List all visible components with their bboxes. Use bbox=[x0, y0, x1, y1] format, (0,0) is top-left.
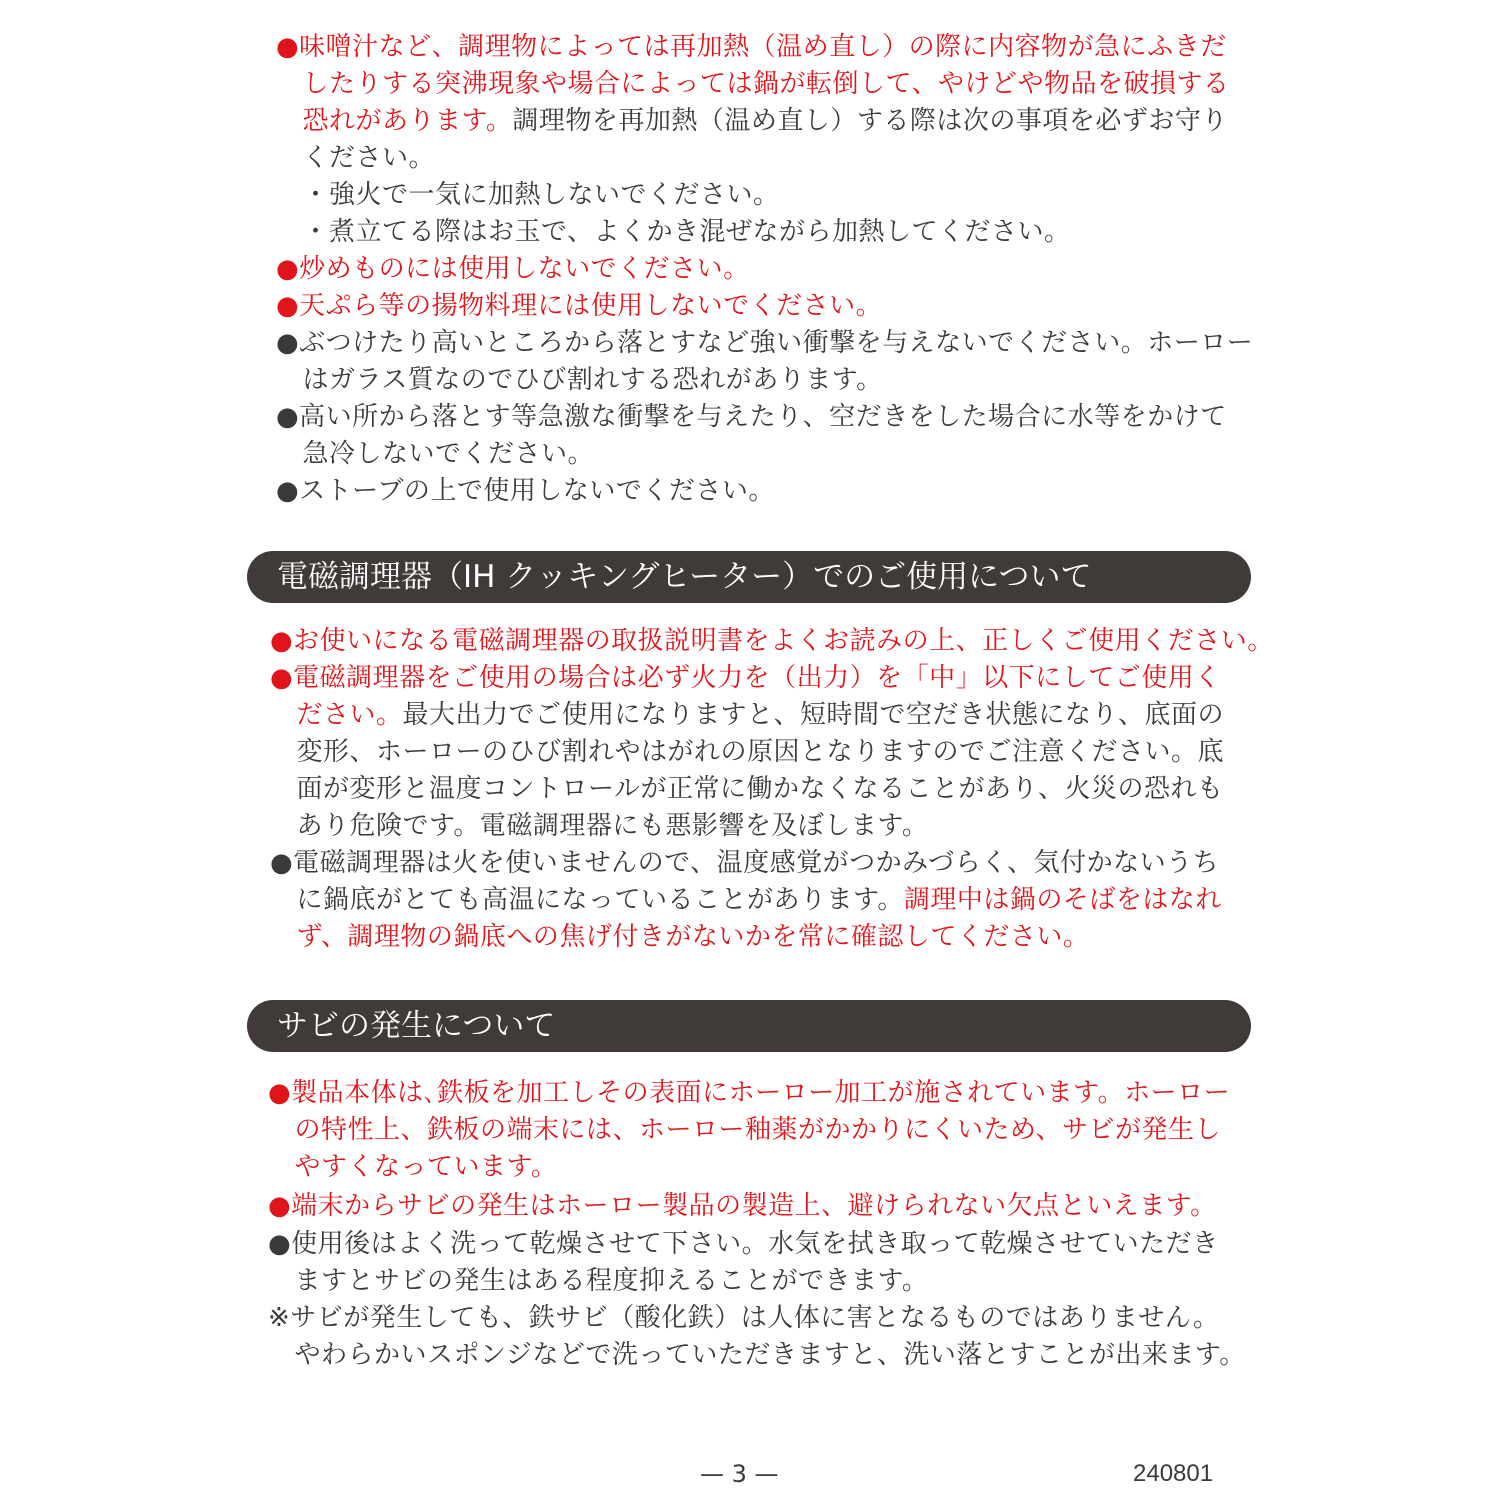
caution-text: やわらかいスポンジなどで洗っていただきますと、洗い落とすことが出来ます。 bbox=[268, 1340, 1246, 1370]
caution-line: 面が変形と温度コントロールが正常に働かなくなることがあり、火災の恐れも bbox=[270, 771, 1223, 808]
caution-text: ず、調理物の鍋底への焦げ付きがないかを常に確認してください。 bbox=[270, 922, 1089, 952]
section-heading-rust: サビの発生について bbox=[247, 1000, 1251, 1052]
caution-line: やすくなっています。 bbox=[268, 1149, 557, 1186]
caution-line: 急冷しないでください。 bbox=[276, 436, 594, 473]
caution-line: ●製品本体は､鉄板を加工しその表面にホーロー加工が施されています。ホーロー bbox=[268, 1075, 1230, 1112]
caution-line: ず、調理物の鍋底への焦げ付きがないかを常に確認してください。 bbox=[270, 919, 1089, 956]
caution-text: ●電磁調理器は火を使いませんので、温度感覚がつかみづらく、気付かないうち bbox=[270, 848, 1219, 878]
caution-text: ださい。 bbox=[270, 700, 403, 730]
caution-text: ●製品本体は､鉄板を加工しその表面にホーロー加工が施されています。ホーロー bbox=[268, 1078, 1230, 1108]
caution-line: ●天ぷら等の揚物料理には使用しないでください。 bbox=[276, 288, 882, 325]
caution-line: ●炒めものには使用しないでください。 bbox=[276, 251, 750, 288]
caution-text: ※サビが発生しても、鉄サビ（酸化鉄）は人体に害となるものではありません。 bbox=[268, 1303, 1219, 1333]
caution-line: ください。 bbox=[276, 140, 435, 177]
caution-line: あり危険です。電磁調理器にも悪影響を及ぼします。 bbox=[270, 808, 928, 845]
caution-text: ●天ぷら等の揚物料理には使用しないでください。 bbox=[276, 291, 882, 321]
caution-text: あり危険です。電磁調理器にも悪影響を及ぼします。 bbox=[270, 811, 928, 841]
caution-line: ●ぶつけたり高いところから落とすなど強い衝撃を与えないでください。ホーロー bbox=[276, 325, 1253, 362]
caution-line: の特性上、鉄板の端末には、ホーロー釉薬がかかりにくいため、サビが発生し bbox=[268, 1112, 1221, 1149]
caution-text: 恐れがあります。 bbox=[276, 106, 512, 136]
caution-line: ●ストーブの上で使用しないでください。 bbox=[276, 473, 775, 510]
note-line: ※サビが発生しても、鉄サビ（酸化鉄）は人体に害となるものではありません。 bbox=[268, 1300, 1219, 1337]
note-line: やわらかいスポンジなどで洗っていただきますと、洗い落とすことが出来ます。 bbox=[268, 1337, 1246, 1374]
caution-line: はガラス質なのでひび割れする恐れがあります。 bbox=[276, 362, 883, 399]
page-number: — 3 — bbox=[700, 1460, 779, 1488]
document-code: 240801 bbox=[1133, 1460, 1213, 1488]
caution-text: ・煮立てる際はお玉で、よくかき混ぜながら加熱してください。 bbox=[276, 217, 1070, 247]
caution-text: ください。 bbox=[276, 143, 435, 173]
caution-text: 調理中は鍋のそばをはなれ bbox=[904, 885, 1222, 915]
caution-line: ますとサビの発生はある程度抑えることができます。 bbox=[268, 1263, 928, 1300]
caution-line: ●味噌汁など、調理物によっては再加熱（温め直し）の際に内容物が急にふきだ bbox=[276, 29, 1227, 66]
caution-sub-item: ・煮立てる際はお玉で、よくかき混ぜながら加熱してください。 bbox=[276, 214, 1070, 251]
caution-text: ますとサビの発生はある程度抑えることができます。 bbox=[268, 1266, 928, 1296]
caution-line: ださい。最大出力でご使用になりますと、短時間で空だき状態になり、底面の bbox=[270, 697, 1224, 734]
caution-line: したりする突沸現象や場合によっては鍋が転倒して、やけどや物品を破損する bbox=[276, 66, 1229, 103]
caution-line: ●電磁調理器をご使用の場合は必ず火力を（出力）を「中」以下にしてご使用く bbox=[270, 660, 1221, 697]
caution-text: 最大出力でご使用になりますと、短時間で空だき状態になり、底面の bbox=[403, 700, 1225, 730]
caution-line: ●高い所から落とす等急激な衝撃を与えたり、空だきをした場合に水等をかけて bbox=[276, 399, 1227, 436]
caution-text: 調理物を再加熱（温め直し）する際は次の事項を必ずお守り bbox=[512, 106, 1228, 136]
caution-text: ●ストーブの上で使用しないでください。 bbox=[276, 476, 775, 506]
caution-text: やすくなっています。 bbox=[268, 1152, 557, 1182]
caution-line: に鍋底がとても高温になっていることがあります。調理中は鍋のそばをはなれ bbox=[270, 882, 1222, 919]
caution-line: ●お使いになる電磁調理器の取扱説明書をよくお読みの上、正しくご使用ください。 bbox=[270, 623, 1274, 660]
caution-text: ●お使いになる電磁調理器の取扱説明書をよくお読みの上、正しくご使用ください。 bbox=[270, 626, 1274, 656]
caution-text: ●端末からサビの発生はホーロー製品の製造上、避けられない欠点といえます。 bbox=[268, 1191, 1217, 1221]
caution-line: ●端末からサビの発生はホーロー製品の製造上、避けられない欠点といえます。 bbox=[268, 1188, 1217, 1225]
caution-text: ●ぶつけたり高いところから落とすなど強い衝撃を与えないでください。ホーロー bbox=[276, 328, 1253, 358]
caution-text: 急冷しないでください。 bbox=[276, 439, 594, 469]
caution-text: ●炒めものには使用しないでください。 bbox=[276, 254, 750, 284]
caution-text: ●電磁調理器をご使用の場合は必ず火力を（出力）を「中」以下にしてご使用く bbox=[270, 663, 1221, 693]
caution-text: したりする突沸現象や場合によっては鍋が転倒して、やけどや物品を破損する bbox=[276, 69, 1229, 99]
caution-text: ・強火で一気に加熱しないでください。 bbox=[276, 180, 780, 210]
caution-line: ●使用後はよく洗って乾燥させて下さい。水気を拭き取って乾燥させていただき bbox=[268, 1226, 1219, 1263]
caution-text: ●味噌汁など、調理物によっては再加熱（温め直し）の際に内容物が急にふきだ bbox=[276, 32, 1227, 62]
caution-text: ●高い所から落とす等急激な衝撃を与えたり、空だきをした場合に水等をかけて bbox=[276, 402, 1227, 432]
caution-line: 恐れがあります。調理物を再加熱（温め直し）する際は次の事項を必ずお守り bbox=[276, 103, 1228, 140]
caution-line: 変形、ホーローのひび割れやはがれの原因となりますのでご注意ください。底 bbox=[270, 734, 1224, 771]
caution-text: はガラス質なのでひび割れする恐れがあります。 bbox=[276, 365, 883, 395]
section-heading-ih: 電磁調理器（IH クッキングヒーター）でのご使用について bbox=[247, 551, 1251, 603]
caution-text: 変形、ホーローのひび割れやはがれの原因となりますのでご注意ください。底 bbox=[270, 737, 1224, 767]
caution-text: 面が変形と温度コントロールが正常に働かなくなることがあり、火災の恐れも bbox=[270, 774, 1223, 804]
caution-sub-item: ・強火で一気に加熱しないでください。 bbox=[276, 177, 780, 214]
caution-text: の特性上、鉄板の端末には、ホーロー釉薬がかかりにくいため、サビが発生し bbox=[268, 1115, 1221, 1145]
caution-text: ●使用後はよく洗って乾燥させて下さい。水気を拭き取って乾燥させていただき bbox=[268, 1229, 1219, 1259]
caution-text: に鍋底がとても高温になっていることがあります。 bbox=[270, 885, 904, 915]
caution-line: ●電磁調理器は火を使いませんので、温度感覚がつかみづらく、気付かないうち bbox=[270, 845, 1219, 882]
